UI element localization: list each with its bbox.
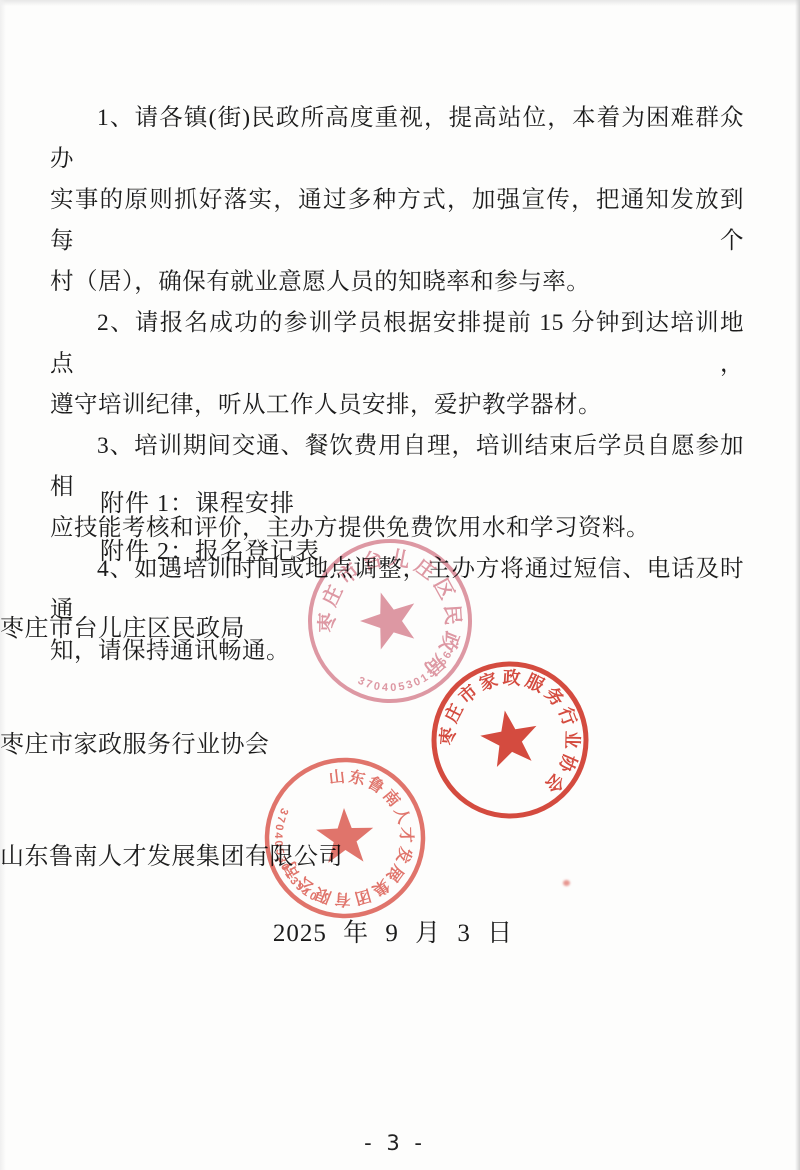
scan-edge-right bbox=[795, 0, 800, 1170]
scanned-official-document-page: 1、请各镇(街)民政所高度重视，提高站位，本着为困难群众办 实事的原则抓好落实，… bbox=[0, 0, 800, 1170]
star-icon bbox=[312, 801, 383, 873]
star-icon bbox=[354, 584, 425, 653]
page-number: - 3 - bbox=[0, 1131, 790, 1155]
paragraph-line: 实事的原则抓好落实，通过多种方式，加强宣传，把通知发放到每个 bbox=[50, 180, 744, 262]
paragraph-line: 村（居），确保有就业意愿人员的知晓率和参与率。 bbox=[50, 262, 744, 303]
scan-edge-left bbox=[0, 0, 6, 1170]
attachment-1: 附件 1：课程安排 bbox=[100, 480, 320, 528]
ink-speck bbox=[563, 880, 570, 886]
scan-edge-top bbox=[0, 0, 800, 6]
paragraph-line: 2、请报名成功的参训学员根据安排提前 15 分钟到达培训地点， bbox=[50, 303, 744, 385]
star-icon bbox=[477, 706, 543, 769]
paragraph-line: 遵守培训纪律，听从工作人员安排，爱护教学器材。 bbox=[50, 385, 744, 426]
paragraph-line: 1、请各镇(街)民政所高度重视，提高站位，本着为困难群众办 bbox=[50, 98, 744, 180]
